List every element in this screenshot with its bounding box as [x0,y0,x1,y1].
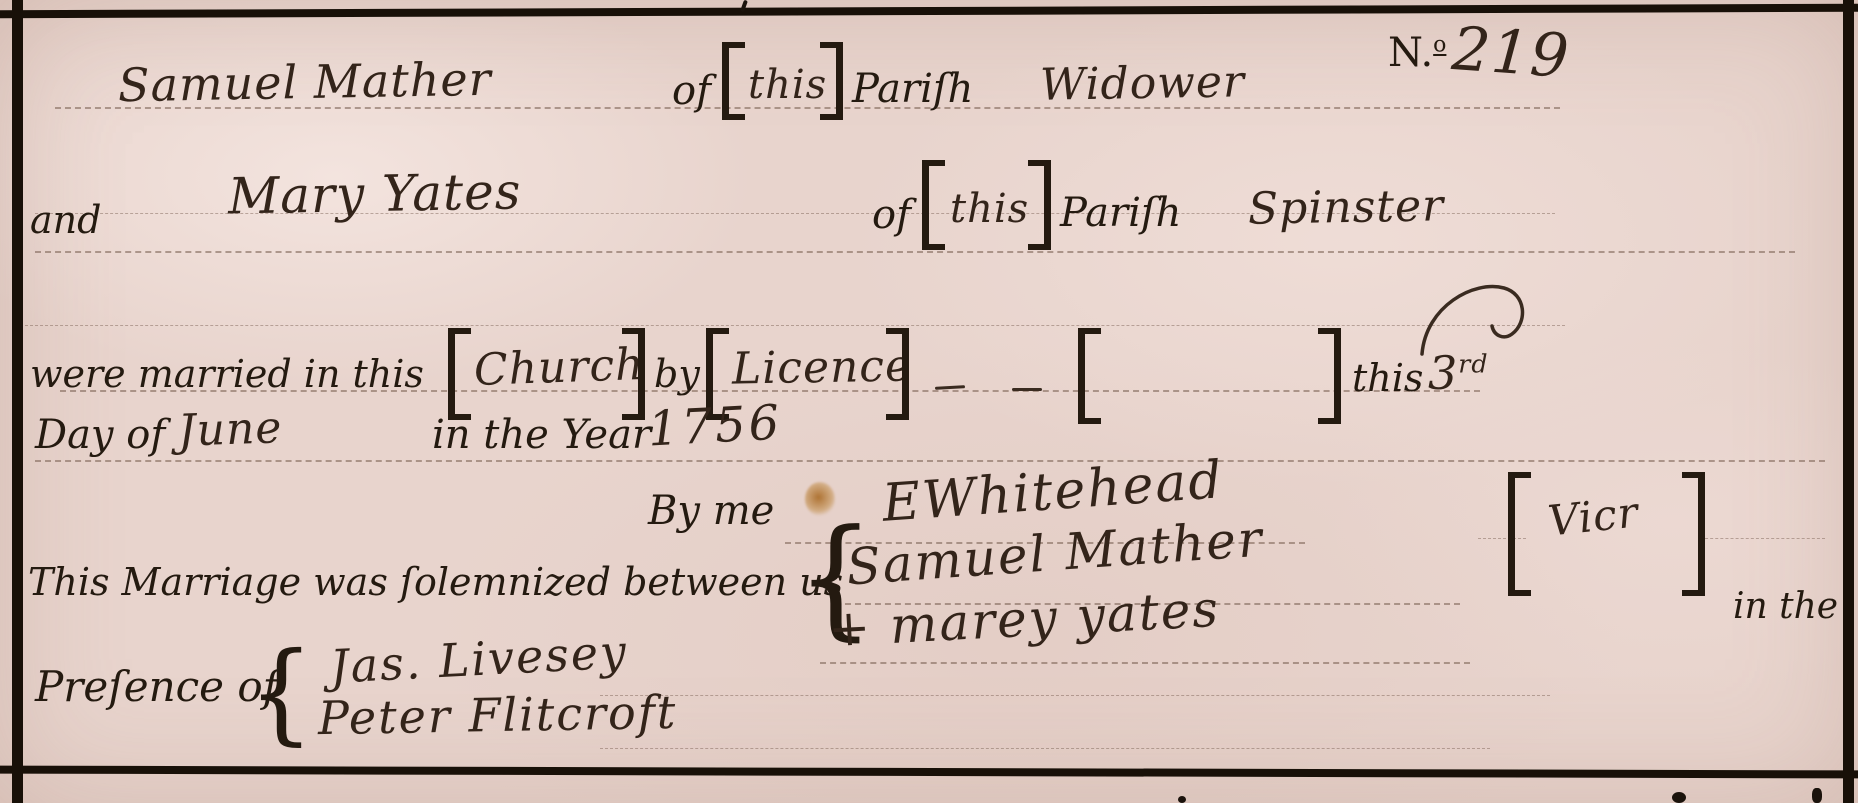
marriage-place-value: Church [473,339,645,396]
by-me-label: By me [648,488,774,534]
dash-mark [1012,388,1042,391]
groom-condition: Widower [1040,56,1246,111]
open-bracket [722,42,745,120]
married-this-label: this [1352,356,1423,400]
left-border-rule [12,0,23,803]
entry-number-label: N.o [1388,30,1446,76]
day-of-label: Day of [35,412,165,458]
close-bracket [886,328,909,420]
and-label: and [30,198,101,242]
ruled-line [600,748,1490,749]
witness-brace: { [248,637,314,746]
open-bracket [448,328,471,420]
entry-number-value: 219 [1450,14,1572,92]
open-bracket [1078,328,1101,424]
next-entry-stroke [1672,792,1686,803]
in-the-label: in the [1733,586,1838,627]
entry-number-sup: o [1433,33,1446,58]
officiant-title-value: Vicr [1546,487,1641,545]
bottom-border-rule [0,766,1858,779]
ruled-line [600,695,1550,696]
close-bracket [1028,160,1051,250]
open-bracket [1508,472,1531,596]
ruled-line [35,251,1795,253]
in-the-year-label: in the Year [432,412,651,458]
ruled-line [820,662,1470,664]
groom-parish-value: this [748,62,827,108]
groom-name: Samuel Mather [118,52,492,113]
presence-of-label: Preſence of [35,662,278,711]
next-entry-stroke [1812,788,1822,803]
groom-parish-label: Pariſh [852,66,973,112]
witness-signature-2: Peter Flitcroft [318,685,678,745]
bride-of-label: of [872,192,911,238]
close-bracket [1682,472,1705,596]
bride-name: Mary Yates [228,162,522,225]
close-bracket [622,328,645,420]
ruled-line [35,460,1825,462]
entry-number-n: N. [1388,30,1433,76]
married-prefix-label: were married in this [30,352,424,396]
ruled-line [25,325,1565,326]
witness-signature-1: Jas. Livesey [329,624,629,694]
next-entry-stroke [1178,796,1186,803]
close-bracket [820,42,843,120]
month-value: June [177,402,283,457]
close-bracket [1318,328,1341,424]
bride-parish-label: Pariſh [1060,190,1181,236]
bride-parish-value: this [950,186,1029,232]
solemnized-label: This Marriage was ſolemnized between us [28,560,843,604]
groom-of-label: of [672,68,711,114]
year-value: 1756 [647,395,784,458]
top-border-rule [0,4,1858,18]
married-by-label: by [654,352,700,396]
right-border-rule [1843,0,1854,803]
flourish-stroke [1408,278,1538,360]
ruled-line [1700,538,1825,539]
register-page: N.o 219 Samuel Mather of this Pariſh Wid… [0,0,1858,803]
open-bracket [922,160,945,250]
bride-condition: Spinster [1248,180,1445,234]
